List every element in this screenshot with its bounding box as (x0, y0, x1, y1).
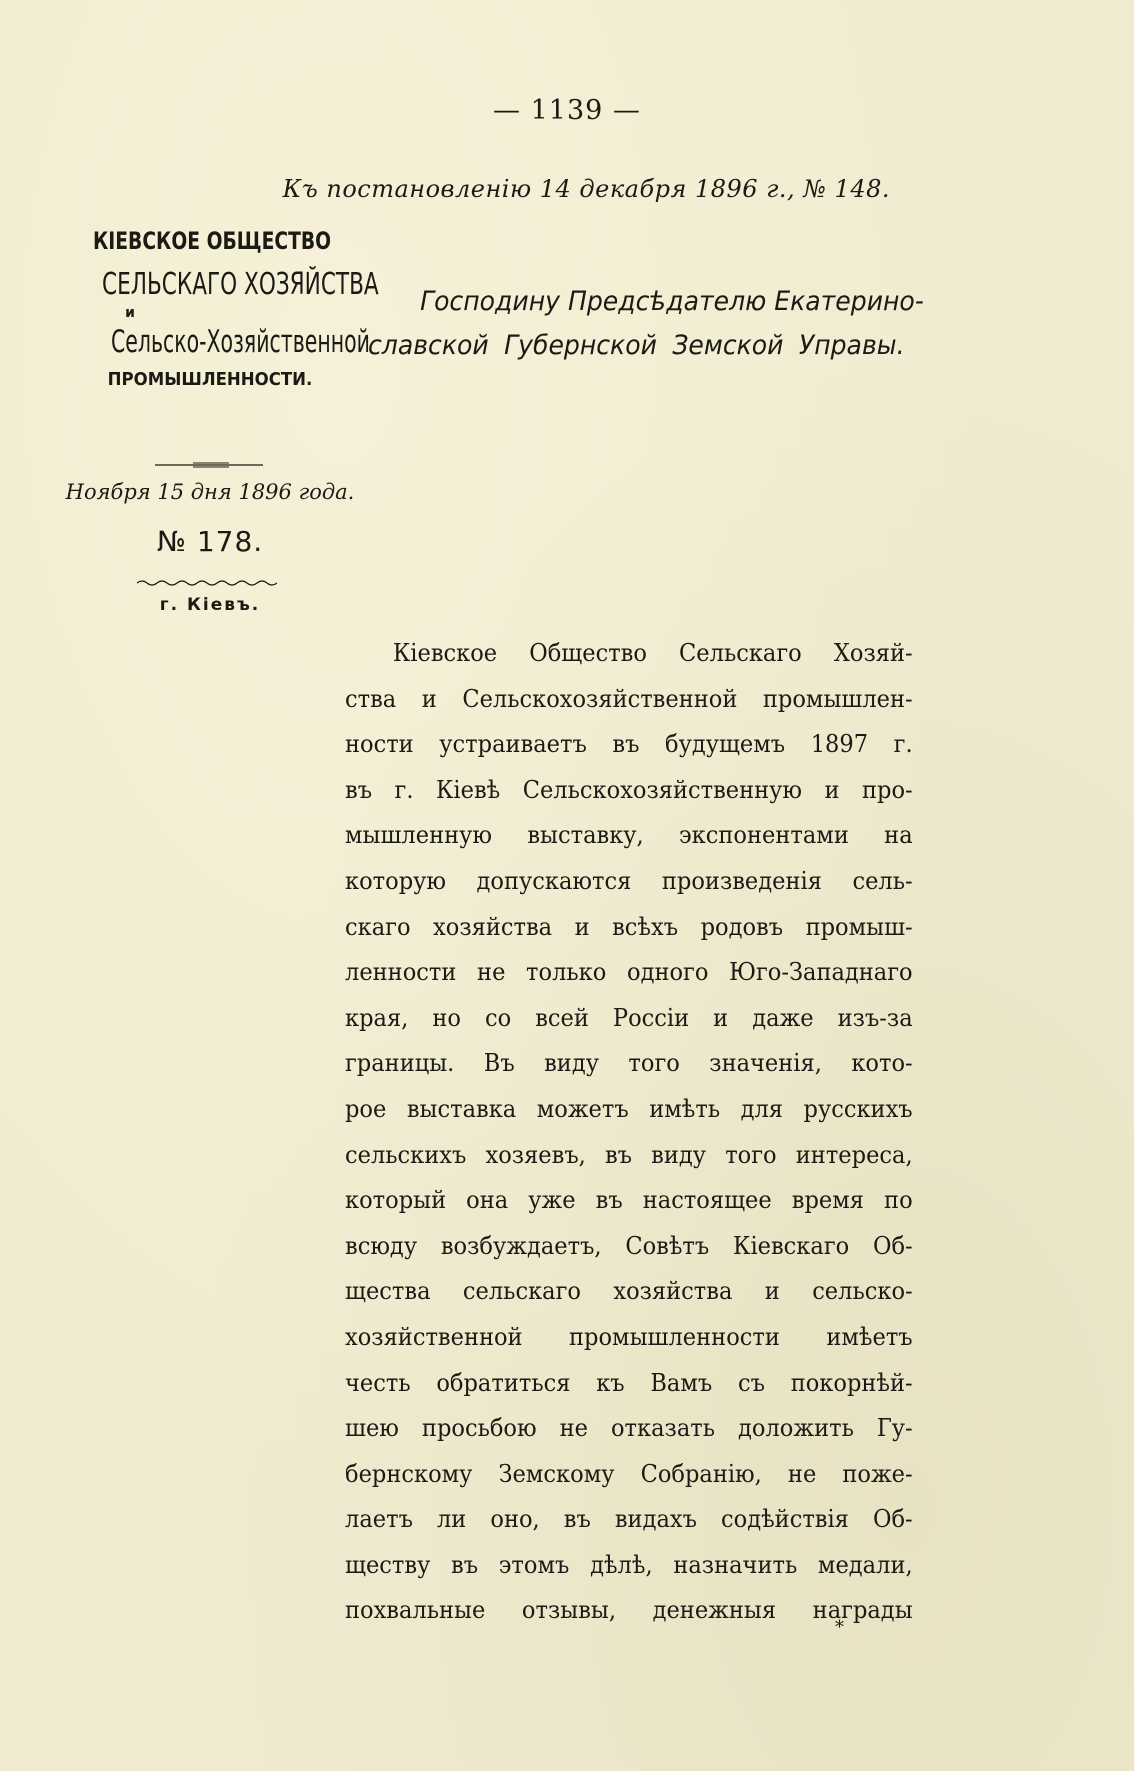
letterhead: КІЕВСКОЕ ОБЩЕСТВО СЕЛЬСКАГО ХОЗЯЙСТВА и … (60, 225, 360, 395)
body-line: скаго хозяйства и всѣхъ родовъ промыш- (345, 904, 913, 950)
body-line: ленности не только одного Юго-Западнаго (345, 949, 913, 995)
body-line: хозяйственной промышленности имѣетъ (345, 1314, 913, 1360)
letter-date: Ноября 15 дня 1896 года. (60, 480, 360, 504)
body-line: ности устраиваетъ въ будущемъ 1897 г. (345, 721, 913, 767)
body-line: щества сельскаго хозяйства и сельско- (345, 1268, 913, 1314)
body-line: лаетъ ли оно, въ видахъ содѣйствія Об- (345, 1496, 913, 1542)
body-line: мышленную выставку, экспонентами на (345, 812, 913, 858)
body-line: сельскихъ хозяевъ, въ виду того интереса… (345, 1132, 913, 1178)
footnote-asterisk: * (835, 1617, 844, 1638)
letter-body: Кіевское Общество Сельскаго Хозяй- ства … (345, 630, 913, 1633)
body-line: границы. Въ виду того значенія, кото- (345, 1040, 913, 1086)
letterhead-industry: ПРОМЫШЛЕННОСТИ. (72, 365, 348, 395)
letterhead-agro-industrial: Сельско-Хозяйственной (111, 323, 309, 361)
addressee-line-1: Господину Предсѣдателю Екатерино- (368, 280, 875, 324)
body-line: честь обратиться къ Вамъ съ покорнѣй- (345, 1360, 913, 1406)
letterhead-conjunction: и (0, 305, 360, 321)
body-line: шею просьбою не отказать доложить Гу- (345, 1405, 913, 1451)
letterhead-agriculture: СЕЛЬСКАГО ХОЗЯЙСТВА (102, 265, 318, 305)
double-rule-divider (155, 461, 263, 469)
body-line: ществу въ этомъ дѣлѣ, назначить медали, (345, 1542, 913, 1588)
registration-number: № 178. (60, 525, 360, 558)
body-line: которую допускаются произведенія сель- (345, 858, 913, 904)
addressee-line-2: славской Губернской Земской Управы. (368, 324, 875, 368)
letter-city: г. Кіевъ. (60, 595, 360, 615)
body-line: ства и Сельскохозяйственной промышлен- (345, 676, 913, 722)
body-line: въ г. Кіевѣ Сельскохозяйственную и про- (345, 767, 913, 813)
addressee: Господину Предсѣдателю Екатерино- славск… (368, 280, 913, 368)
wavy-rule-divider (137, 578, 277, 588)
body-line: всюду возбуждаетъ, Совѣтъ Кіевскаго Об- (345, 1223, 913, 1269)
body-line: похвальные отзывы, денежныя награды (345, 1587, 913, 1633)
body-line: Кіевское Общество Сельскаго Хозяй- (345, 630, 913, 676)
body-line: бернскому Земскому Собранію, не поже- (345, 1451, 913, 1497)
page-number: — 1139 — (0, 95, 1134, 126)
body-line: рое выставка можетъ имѣть для русскихъ (345, 1086, 913, 1132)
body-line: края, но со всей Россіи и даже изъ-за (345, 995, 913, 1041)
resolution-reference: Къ постановленію 14 декабря 1896 г., № 1… (280, 175, 890, 203)
body-line: который она уже въ настоящее время по (345, 1177, 913, 1223)
letterhead-society-name: КІЕВСКОЕ ОБЩЕСТВО (93, 225, 327, 257)
